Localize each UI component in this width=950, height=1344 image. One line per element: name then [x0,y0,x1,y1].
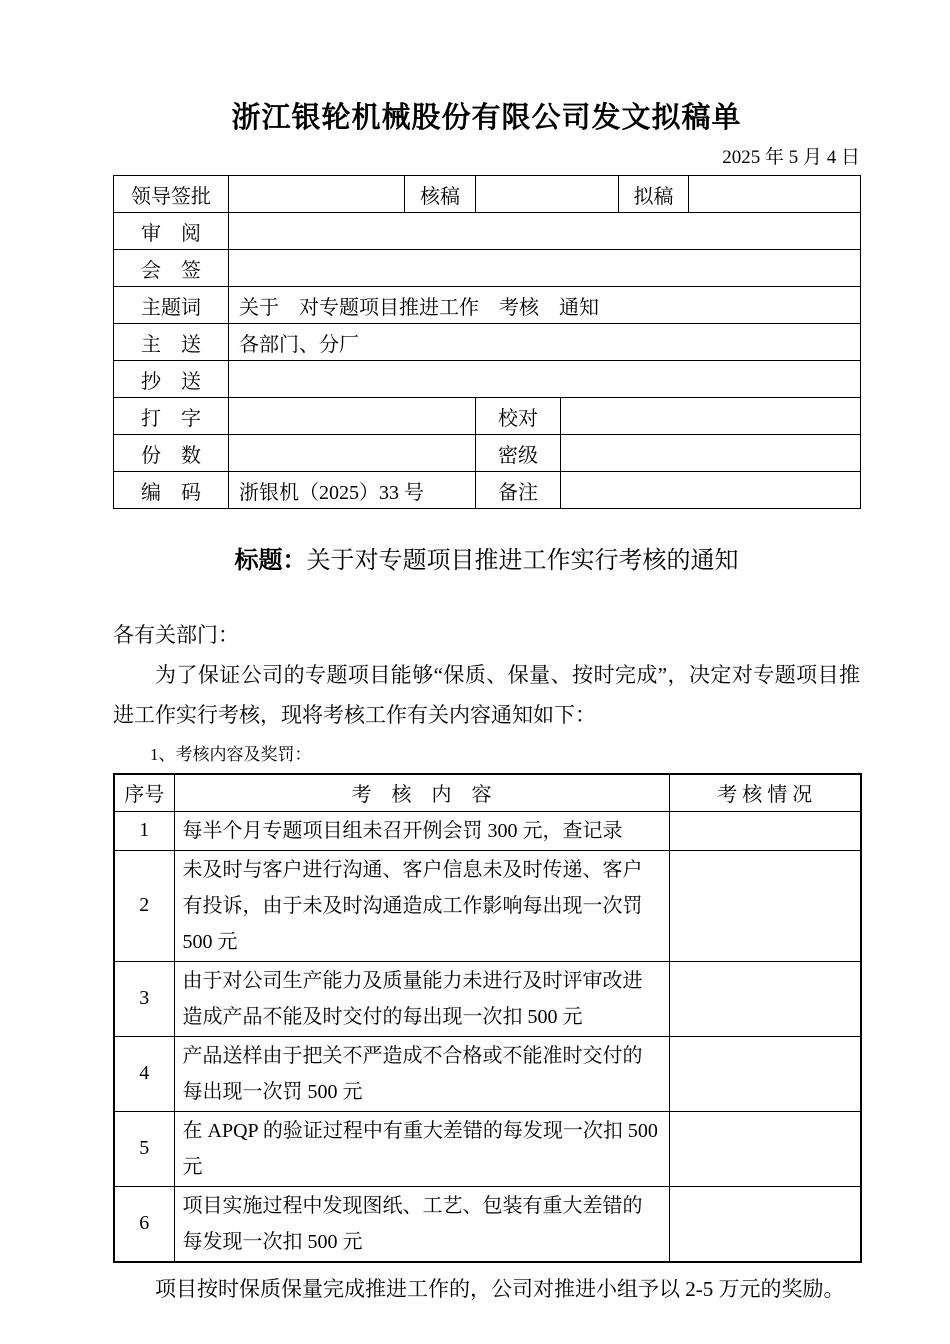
typing-label: 打 字 [114,398,229,435]
header-content: 考 核 内 容 [174,774,669,811]
row-no: 3 [114,961,174,1036]
row-status [669,850,861,961]
main-send-value: 各部门、分厂 [229,324,861,361]
row-no: 1 [114,811,174,850]
row-content: 在 APQP 的验证过程中有重大差错的每发现一次扣 500 元 [174,1111,669,1186]
leader-approval-label: 领导签批 [114,176,229,213]
row-status [669,811,861,850]
table-row: 3 由于对公司生产能力及质量能力未进行及时评审改进造成产品不能及时交付的每出现一… [114,961,861,1036]
row-content: 每半个月专题项目组未召开例会罚 300 元，查记录 [174,811,669,850]
table-row: 1 每半个月专题项目组未召开例会罚 300 元，查记录 [114,811,861,850]
notice-heading-prefix: 标题： [235,547,307,574]
row-content: 由于对公司生产能力及质量能力未进行及时评审改进造成产品不能及时交付的每出现一次扣… [174,961,669,1036]
proofread-value [561,398,861,435]
draft-form-table: 领导签批 核稿 拟稿 审 阅 会 签 主题词 关于 对专题项目推进工作 考核 通… [113,175,861,509]
form-row-countersign: 会 签 [114,250,861,287]
copies-label: 份 数 [114,435,229,472]
read-value [229,213,861,250]
header-status: 考 核 情 况 [669,774,861,811]
subject-words-label: 主题词 [114,287,229,324]
remark-value [561,472,861,509]
read-label: 审 阅 [114,213,229,250]
row-status [669,1186,861,1262]
row-content: 未及时与客户进行沟通、客户信息未及时传递、客户有投诉，由于未及时沟通造成工作影响… [174,850,669,961]
table-row: 5 在 APQP 的验证过程中有重大差错的每发现一次扣 500 元 [114,1111,861,1186]
row-status [669,961,861,1036]
leader-approval-value [229,176,405,213]
form-row-typing: 打 字 校对 [114,398,861,435]
review-draft-label: 核稿 [405,176,476,213]
code-value: 浙银机（2025）33 号 [229,472,476,509]
closing-paragraph: 项目按时保质保量完成推进工作的，公司对推进小组予以 2-5 万元的奖励。 [113,1269,860,1309]
form-row-copies: 份 数 密级 [114,435,861,472]
form-row-main-send: 主 送 各部门、分厂 [114,324,861,361]
row-no: 4 [114,1036,174,1111]
row-no: 2 [114,850,174,961]
secrecy-label: 密级 [476,435,561,472]
row-status [669,1036,861,1111]
main-send-label: 主 送 [114,324,229,361]
countersign-value [229,250,861,287]
header-no: 序号 [114,774,174,811]
row-no: 6 [114,1186,174,1262]
draft-value [689,176,861,213]
copies-value [229,435,476,472]
table-row: 4 产品送样由于把关不严造成不合格或不能准时交付的每出现一次罚 500 元 [114,1036,861,1111]
list-item-label: 1、考核内容及奖罚： [150,743,860,767]
row-content: 项目实施过程中发现图纸、工艺、包装有重大差错的每发现一次扣 500 元 [174,1186,669,1262]
row-status [669,1111,861,1186]
form-row-copy-send: 抄 送 [114,361,861,398]
salutation: 各有关部门： [113,615,860,655]
notice-heading: 标题：关于对专题项目推进工作实行考核的通知 [113,545,860,577]
row-no: 5 [114,1111,174,1186]
form-row-subject-words: 主题词 关于 对专题项目推进工作 考核 通知 [114,287,861,324]
countersign-label: 会 签 [114,250,229,287]
form-row-leader-approval: 领导签批 核稿 拟稿 [114,176,861,213]
assessment-table: 序号 考 核 内 容 考 核 情 况 1 每半个月专题项目组未召开例会罚 300… [113,773,862,1263]
proofread-label: 校对 [476,398,561,435]
assessment-header-row: 序号 考 核 内 容 考 核 情 况 [114,774,861,811]
intro-paragraph: 为了保证公司的专题项目能够“保质、保量、按时完成”，决定对专题项目推进工作实行考… [113,655,860,735]
row-content: 产品送样由于把关不严造成不合格或不能准时交付的每出现一次罚 500 元 [174,1036,669,1111]
draft-label: 拟稿 [619,176,689,213]
form-row-read: 审 阅 [114,213,861,250]
form-row-code: 编 码 浙银机（2025）33 号 备注 [114,472,861,509]
notice-heading-text: 关于对专题项目推进工作实行考核的通知 [307,547,739,574]
copy-send-label: 抄 送 [114,361,229,398]
document-title: 浙江银轮机械股份有限公司发文拟稿单 [113,100,860,136]
review-draft-value [476,176,619,213]
copy-send-value [229,361,861,398]
table-row: 6 项目实施过程中发现图纸、工艺、包装有重大差错的每发现一次扣 500 元 [114,1186,861,1262]
table-row: 2 未及时与客户进行沟通、客户信息未及时传递、客户有投诉，由于未及时沟通造成工作… [114,850,861,961]
code-label: 编 码 [114,472,229,509]
document-page: 浙江银轮机械股份有限公司发文拟稿单 2025 年 5 月 4 日 领导签批 核稿… [0,0,950,1344]
typing-value [229,398,476,435]
document-date: 2025 年 5 月 4 日 [113,146,860,170]
remark-label: 备注 [476,472,561,509]
subject-words-value: 关于 对专题项目推进工作 考核 通知 [229,287,861,324]
secrecy-value [561,435,861,472]
